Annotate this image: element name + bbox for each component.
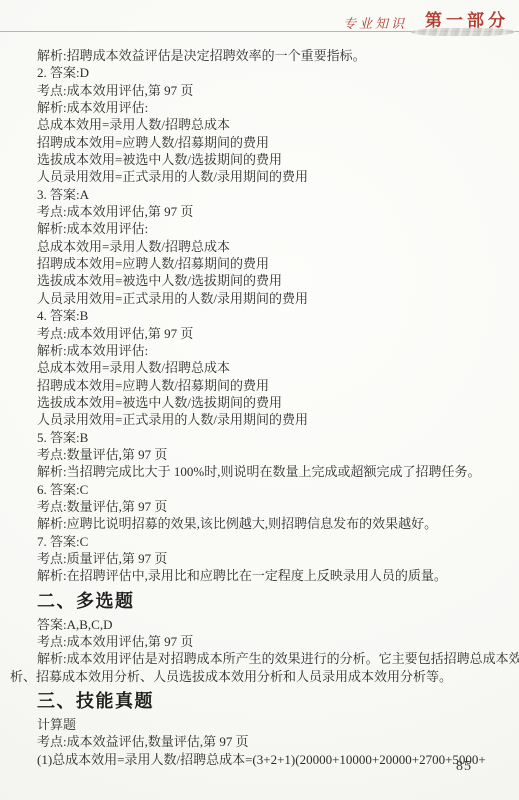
answer-line: 答案:A,B,C,D bbox=[10, 616, 488, 633]
answer-line: 4. 答案:B bbox=[10, 307, 488, 324]
formula-line: 总成本效用=录用人数/招聘总成本 bbox=[10, 359, 488, 376]
formula-line: 招聘成本效用=应聘人数/招募期间的费用 bbox=[10, 377, 488, 394]
answer-line: 6. 答案:C bbox=[10, 481, 488, 498]
answer-line: 3. 答案:A bbox=[10, 186, 488, 203]
page-body: 解析:招聘成本效益评估是决定招聘效率的一个重要指标。 2. 答案:D 考点:成本… bbox=[10, 47, 488, 768]
section-heading-multiple-choice: 二、多选题 bbox=[10, 585, 488, 616]
formula-line: 总成本效用=录用人数/招聘总成本 bbox=[10, 238, 488, 255]
text-line: 解析:成本效用评估: bbox=[10, 220, 488, 237]
text-line: 考点:成本效益评估,数量评估,第 97 页 bbox=[10, 733, 488, 750]
formula-line: 人员录用效用=正式录用的人数/录用期间的费用 bbox=[10, 290, 488, 307]
text-line: 解析:当招聘完成比大于 100%时,则说明在数量上完成或超额完成了招聘任务。 bbox=[10, 463, 488, 480]
text-line: 考点:成本效用评估,第 97 页 bbox=[10, 82, 488, 99]
text-line: 计算题 bbox=[10, 716, 488, 733]
text-line: 考点:成本效用评估,第 97 页 bbox=[10, 633, 488, 650]
answer-line: 5. 答案:B bbox=[10, 429, 488, 446]
formula-line: 总成本效用=录用人数/招聘总成本 bbox=[10, 116, 488, 133]
formula-line: 招聘成本效用=应聘人数/招募期间的费用 bbox=[10, 134, 488, 151]
answer-line: 7. 答案:C bbox=[10, 533, 488, 550]
text-line: 解析:在招聘评估中,录用比和应聘比在一定程度上反映录用人员的质量。 bbox=[10, 567, 488, 584]
formula-line: 选拔成本效用=被选中人数/选拔期间的费用 bbox=[10, 394, 488, 411]
scanned-book-page: { "colors": { "accent_red": "#b23a2e", "… bbox=[0, 0, 519, 800]
formula-line: 招聘成本效用=应聘人数/招募期间的费用 bbox=[10, 255, 488, 272]
page-number: 85 bbox=[456, 759, 472, 775]
text-line: 考点:成本效用评估,第 97 页 bbox=[10, 203, 488, 220]
text-line: 考点:数量评估,第 97 页 bbox=[10, 498, 488, 515]
text-line: 解析:成本效用评估: bbox=[10, 99, 488, 116]
text-line: 考点:数量评估,第 97 页 bbox=[10, 446, 488, 463]
formula-line: 人员录用效用=正式录用的人数/录用期间的费用 bbox=[10, 411, 488, 428]
header-section-title: 专业知识 bbox=[343, 13, 407, 32]
text-line: 解析:招聘成本效益评估是决定招聘效率的一个重要指标。 bbox=[10, 47, 488, 64]
formula-line: 选拔成本效用=被选中人数/选拔期间的费用 bbox=[10, 151, 488, 168]
text-line: 析、招募成本效用分析、人员选拔成本效用分析和人员录用成本效用分析等。 bbox=[10, 668, 488, 685]
formula-line: 选拔成本效用=被选中人数/选拔期间的费用 bbox=[10, 272, 488, 289]
text-line: 解析:成本效用评估: bbox=[10, 342, 488, 359]
formula-line: (1)总成本效用=录用人数/招聘总成本=(3+2+1)(20000+10000+… bbox=[10, 751, 488, 768]
text-line: 解析:成本效用评估是对招聘成本所产生的效果进行的分析。它主要包括招聘总成本效用分 bbox=[10, 650, 488, 667]
formula-line: 人员录用效用=正式录用的人数/录用期间的费用 bbox=[10, 168, 488, 185]
text-line: 考点:质量评估,第 97 页 bbox=[10, 550, 488, 567]
header-part-label: 第一部分 bbox=[425, 6, 509, 31]
answer-line: 2. 答案:D bbox=[10, 64, 488, 81]
text-line: 解析:应聘比说明招募的效果,该比例越大,则招聘信息发布的效果越好。 bbox=[10, 515, 488, 532]
section-heading-skill-questions: 三、技能真题 bbox=[10, 685, 488, 716]
text-line: 考点:成本效用评估,第 97 页 bbox=[10, 325, 488, 342]
